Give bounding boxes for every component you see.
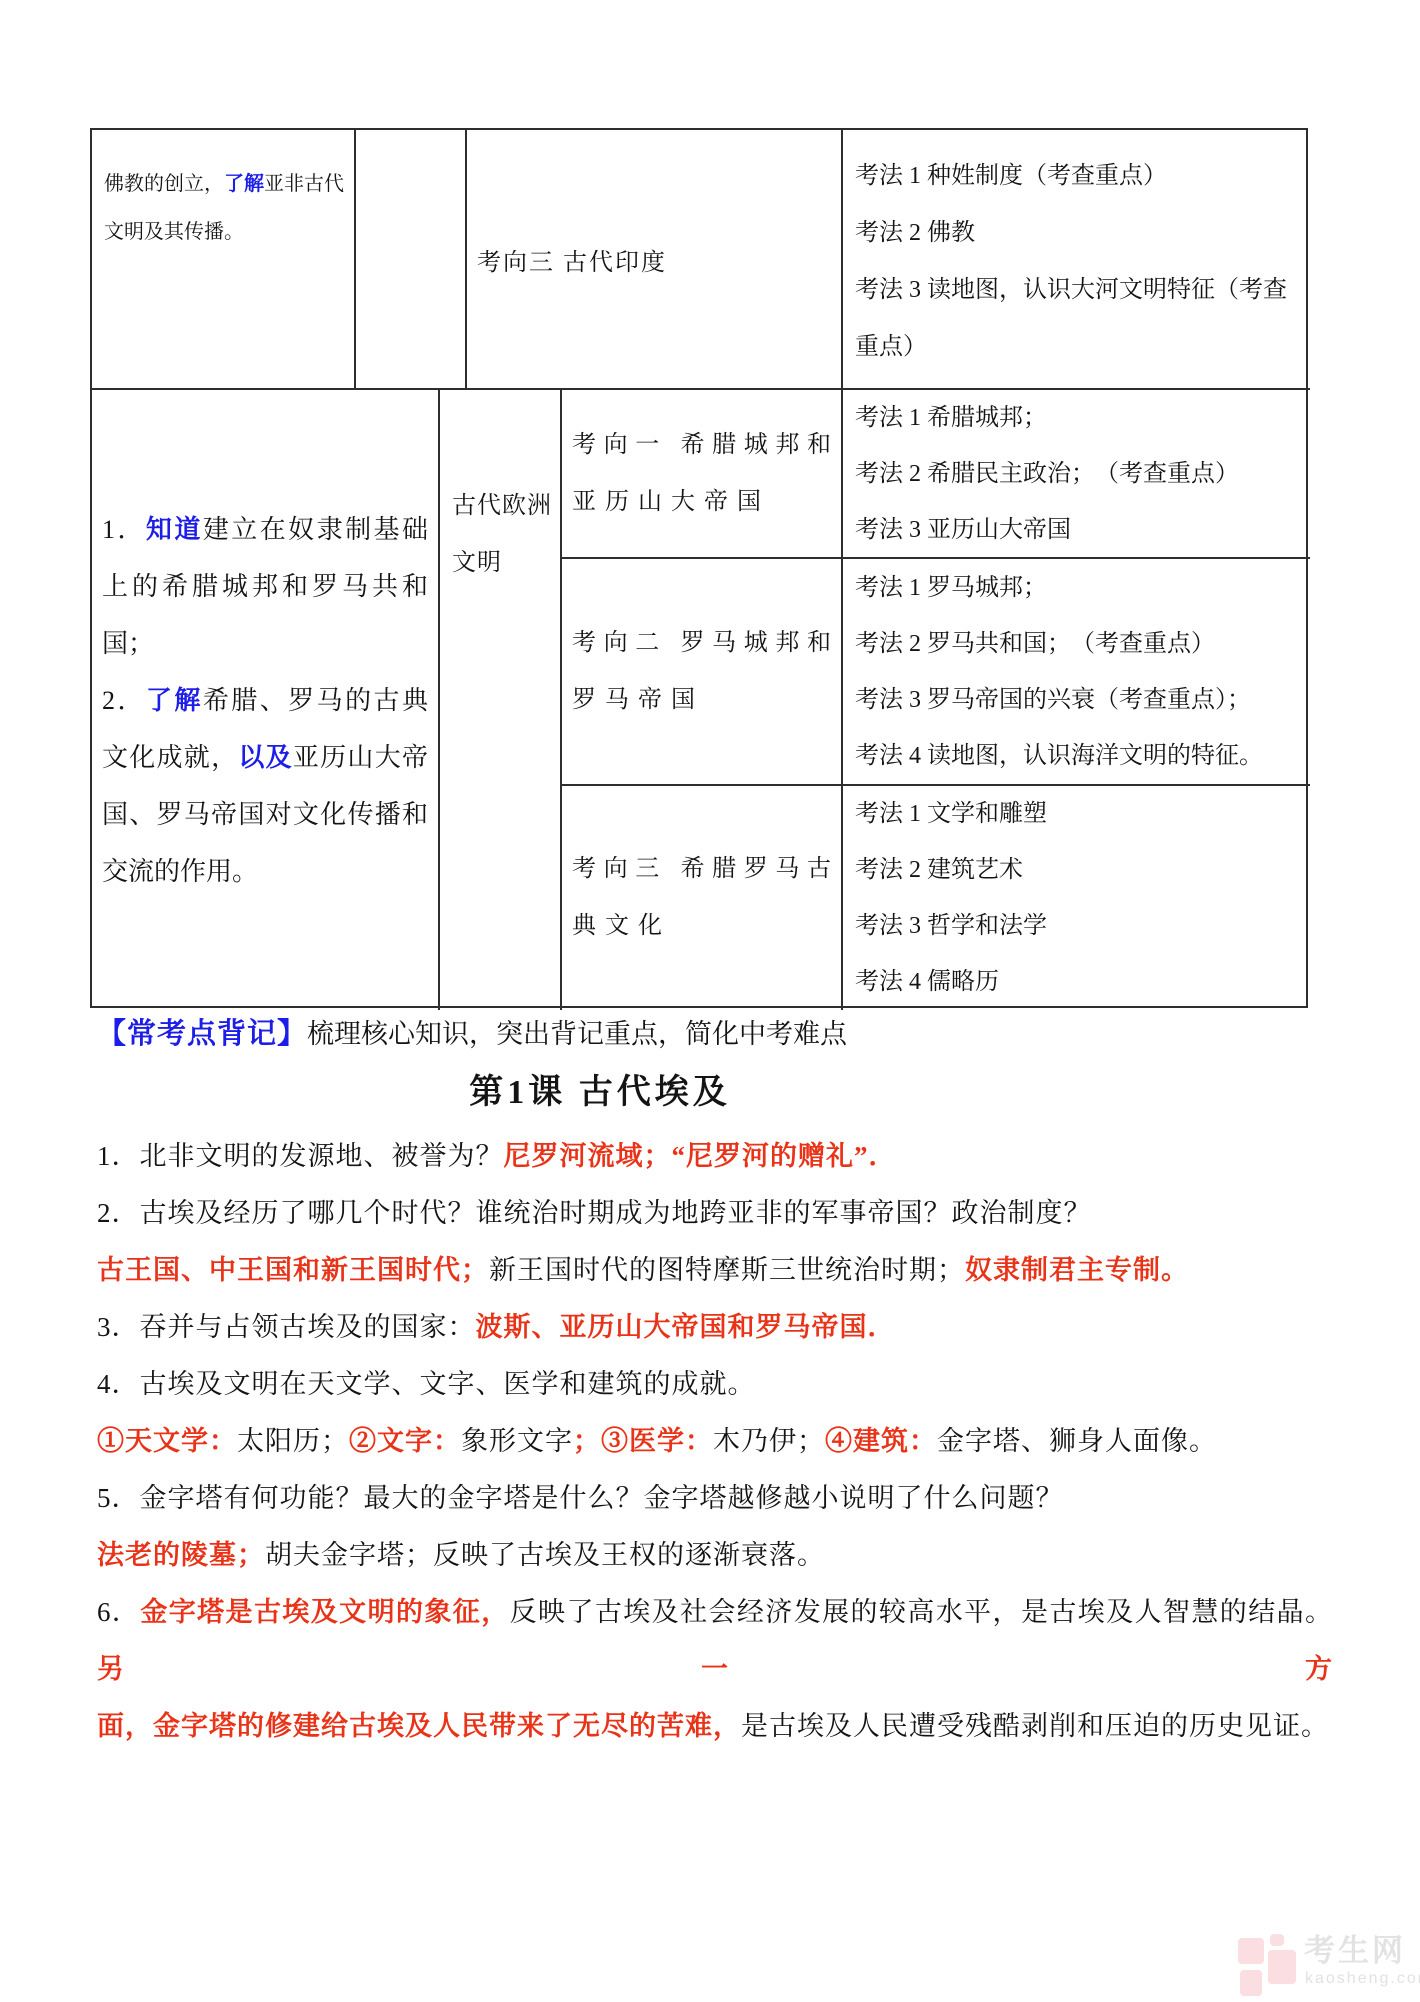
text-line: 考向一 希腊城邦和 <box>572 417 831 474</box>
watermark-site-url: kaosheng.com <box>1305 1970 1420 1988</box>
kaosheng-logo-icon <box>1270 1934 1284 1946</box>
text-line: 2．古埃及经历了哪几个时代？谁统治时期成为地跨亚非的军事帝国？政治制度？ <box>97 1185 1333 1242</box>
text-line: 考法 3 亚历山大帝国 <box>855 502 1290 558</box>
text-line: 考法 2 建筑艺术 <box>855 842 1290 898</box>
kaosheng-logo-icon <box>1238 1938 1264 1964</box>
text-line: 国； <box>102 615 428 672</box>
text-line: 6．金字塔是古埃及文明的象征，反映了古埃及社会经济发展的较高水平，是古埃及人智慧… <box>97 1584 1333 1698</box>
text-line: 面，金字塔的修建给古埃及人民带来了无尽的苦难，是古埃及人民遭受残酷剥削和压迫的历… <box>97 1698 1333 1755</box>
text-line: 4．古埃及文明在天文学、文字、医学和建筑的成就。 <box>97 1356 1333 1413</box>
text-line: 2．了解希腊、罗马的古典 <box>102 672 428 729</box>
kaosheng-logo-icon <box>1268 1950 1296 1984</box>
text-line: 佛教的创立，了解亚非古代 <box>104 160 342 208</box>
document-page: 佛教的创立，了解亚非古代文明及其传播。 考向三 古代印度 考法 1 种姓制度（考… <box>0 0 1420 2002</box>
text-line: 3．吞并与占领古埃及的国家：波斯、亚历山大帝国和罗马帝国． <box>97 1299 1333 1356</box>
text-line: 考法 2 希腊民主政治； （考查重点） <box>855 446 1290 502</box>
text-line: 1．北非文明的发源地、被誉为？尼罗河流域；“尼罗河的赠礼”． <box>97 1128 1333 1185</box>
text-line: 考法 1 种姓制度（考查重点） <box>855 148 1288 205</box>
table-cell-kaoxiang-greek-citystates: 考向一 希腊城邦和亚历山大帝国 <box>562 390 843 559</box>
text-line: 罗马帝国 <box>572 672 831 729</box>
table-cell-kaofa-greek-citystates: 考法 1 希腊城邦；考法 2 希腊民主政治； （考查重点）考法 3 亚历山大帝国 <box>843 390 1310 559</box>
text-line: 5．金字塔有何功能？最大的金字塔是什么？金字塔越修越小说明了什么问题？ <box>97 1470 1333 1527</box>
text-line: 考法 1 罗马城邦； <box>855 560 1290 616</box>
text-line: 考法 4 儒略历 <box>855 954 1290 1010</box>
text-line: 考向三 古代印度 <box>477 242 841 277</box>
text-line: 文化成就，以及亚历山大帝 <box>102 729 428 786</box>
table-cell-topic-ancient-europe: 古代欧洲文明 <box>440 390 562 1010</box>
table-cell-kaofa-india: 考法 1 种姓制度（考查重点）考法 2 佛教考法 3 读地图，认识大河文明特征（… <box>843 130 1310 390</box>
text-line: 考法 1 希腊城邦； <box>855 390 1290 446</box>
text-line: 考向二 罗马城邦和 <box>572 615 831 672</box>
table-cell-kaofa-classical-culture: 考法 1 文学和雕塑考法 2 建筑艺术考法 3 哲学和法学考法 4 儒略历 <box>843 786 1310 1010</box>
table-cell-kaoxiang-rome: 考向二 罗马城邦和罗马帝国 <box>562 559 843 786</box>
text-line: 考法 2 佛教 <box>855 205 1288 262</box>
table-cell-kaofa-rome: 考法 1 罗马城邦；考法 2 罗马共和国； （考查重点）考法 3 罗马帝国的兴衰… <box>843 559 1310 786</box>
note-text: 梳理核心知识，突出背记重点，简化中考难点 <box>307 1019 847 1049</box>
table-cell-curriculum-row1: 佛教的创立，了解亚非古代文明及其传播。 <box>92 130 356 390</box>
qa-notes-list: 1．北非文明的发源地、被誉为？尼罗河流域；“尼罗河的赠礼”．2．古埃及经历了哪几… <box>97 1128 1333 1755</box>
table-cell-curriculum-row2: 1．知道建立在奴隶制基础上的希腊城邦和罗马共和国；2．了解希腊、罗马的古典文化成… <box>92 390 440 1010</box>
lesson-title: 第1课 古代埃及 <box>80 1064 1120 1113</box>
note-badge: 【常考点背记】 <box>97 1018 307 1050</box>
text-line: 古代欧洲 <box>452 478 552 535</box>
text-line: 考法 3 哲学和法学 <box>855 898 1290 954</box>
exam-points-table: 佛教的创立，了解亚非古代文明及其传播。 考向三 古代印度 考法 1 种姓制度（考… <box>90 128 1308 1008</box>
text-line: 考法 3 罗马帝国的兴衰（考查重点）； <box>855 672 1290 728</box>
text-line: 考向三 希腊罗马古 <box>572 841 831 898</box>
text-line: 亚历山大帝国 <box>572 474 831 531</box>
text-line: ①天文学：太阳历；②文字：象形文字；③医学：木乃伊；④建筑：金字塔、狮身人面像。 <box>97 1413 1333 1470</box>
text-line: 古王国、中王国和新王国时代；新王国时代的图特摩斯三世统治时期；奴隶制君主专制。 <box>97 1242 1333 1299</box>
text-line: 文明 <box>452 535 552 592</box>
text-line: 考法 1 文学和雕塑 <box>855 786 1290 842</box>
kaosheng-logo-icon <box>1240 1970 1262 1996</box>
text-line: 国、罗马帝国对文化传播和 <box>102 786 428 843</box>
text-line: 上的希腊城邦和罗马共和 <box>102 558 428 615</box>
section-note-line: 【常考点背记】梳理核心知识，突出背记重点，简化中考难点 <box>97 1014 1337 1059</box>
text-line: 1．知道建立在奴隶制基础 <box>102 501 428 558</box>
table-cell-empty-topic-row1 <box>356 130 467 390</box>
text-line: 法老的陵墓；胡夫金字塔；反映了古埃及王权的逐渐衰落。 <box>97 1527 1333 1584</box>
text-line: 考法 2 罗马共和国； （考查重点） <box>855 616 1290 672</box>
table-cell-kaoxiang-classical-culture: 考向三 希腊罗马古典文化 <box>562 786 843 1010</box>
text-line: 考法 3 读地图，认识大河文明特征（考查重点） <box>855 262 1288 376</box>
kaosheng-watermark: 考生网 kaosheng.com <box>1236 1934 1420 1998</box>
text-line: 典文化 <box>572 898 831 955</box>
text-line: 考法 4 读地图，认识海洋文明的特征。 <box>855 728 1290 784</box>
text-line: 文明及其传播。 <box>104 208 342 256</box>
text-line: 交流的作用。 <box>102 843 428 900</box>
table-cell-kaoxiang-india: 考向三 古代印度 <box>467 130 843 390</box>
watermark-site-name: 考生网 <box>1304 1934 1406 1968</box>
